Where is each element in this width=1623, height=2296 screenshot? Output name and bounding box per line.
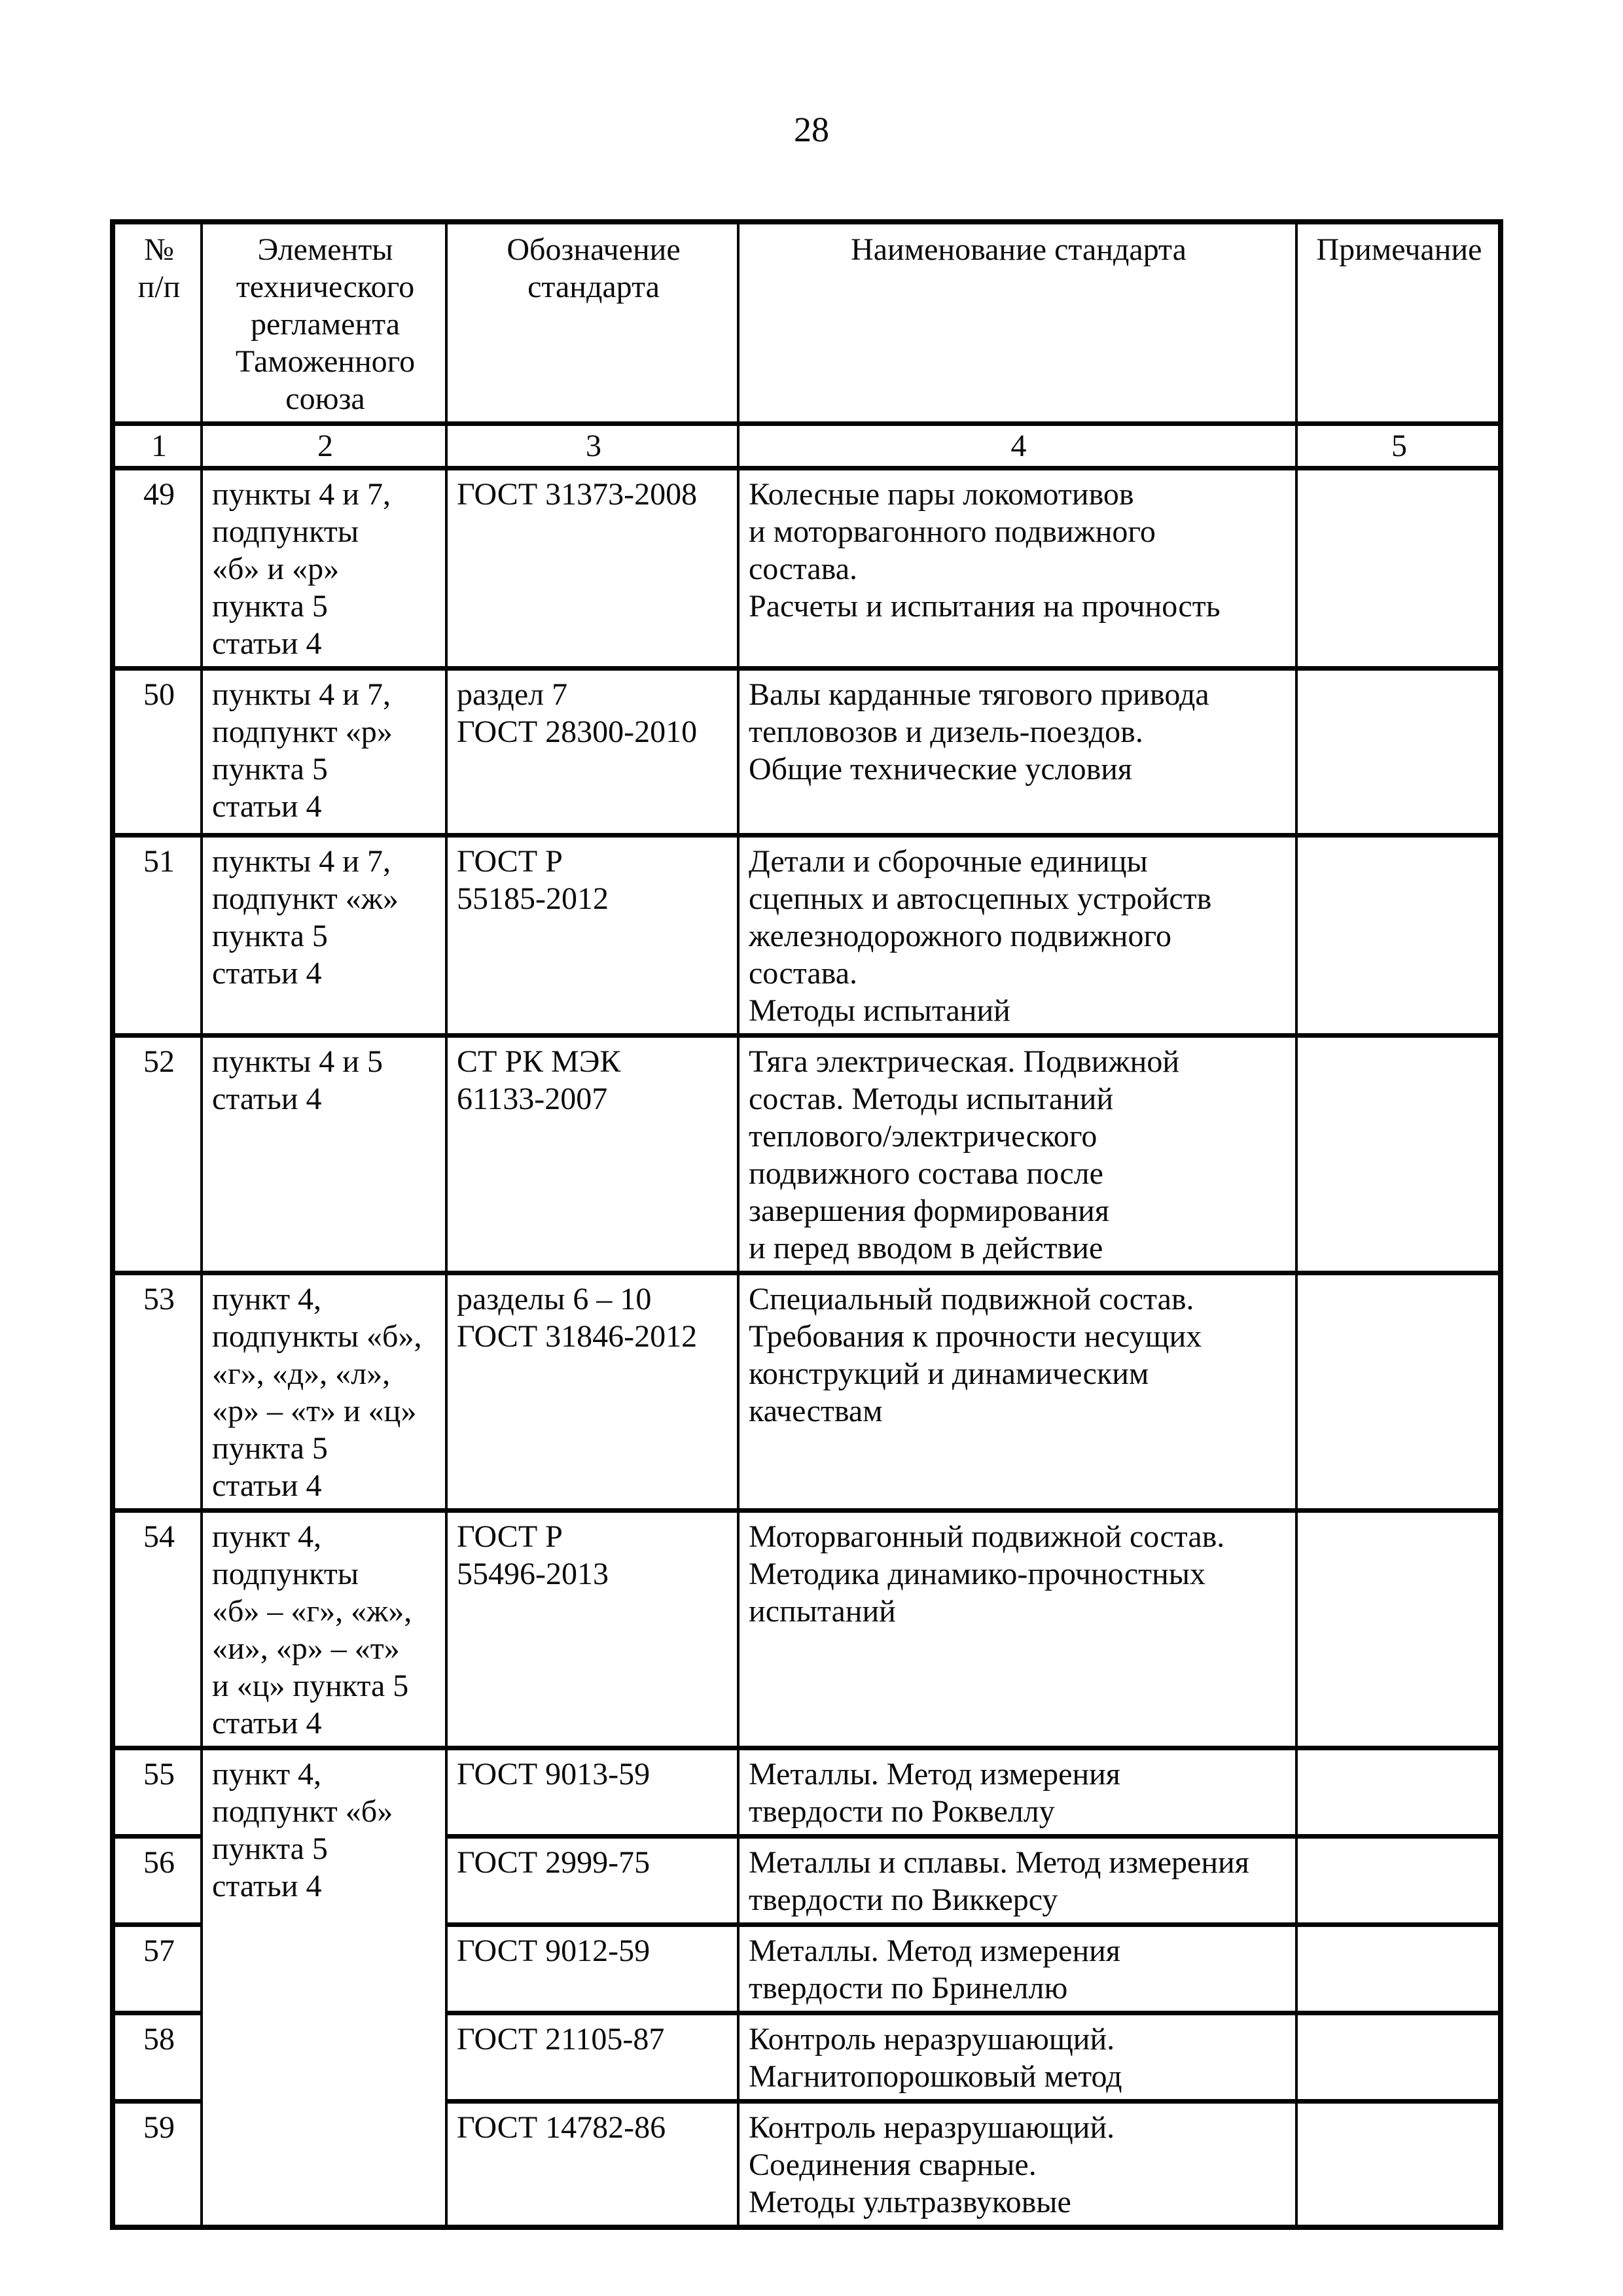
cell-designation: СТ РК МЭК 61133-2007 xyxy=(446,1036,738,1273)
cell-elements: пункты 4 и 7, подпункт «ж» пункта 5 стат… xyxy=(202,836,446,1036)
table-row: 53 пункт 4, подпункты «б», «г», «д», «л»… xyxy=(113,1273,1501,1511)
cell-designation: ГОСТ 31373-2008 xyxy=(446,468,738,669)
cell-designation: ГОСТ 21105-87 xyxy=(446,2013,738,2102)
cell-elements: пункт 4, подпункты «б» – «г», «ж», «и», … xyxy=(202,1511,446,1748)
table-header-row: № п/п Элементы технического регламента Т… xyxy=(113,222,1501,424)
cell-num: 50 xyxy=(113,669,202,836)
cell-name: Валы карданные тягового привода тепловоз… xyxy=(738,669,1296,836)
cell-note xyxy=(1296,1748,1501,1837)
cell-designation: ГОСТ 2999-75 xyxy=(446,1837,738,1925)
cell-name: Металлы и сплавы. Метод измерения твердо… xyxy=(738,1837,1296,1925)
table-row: 52 пункты 4 и 5 статьи 4 СТ РК МЭК 61133… xyxy=(113,1036,1501,1273)
cell-note xyxy=(1296,468,1501,669)
index-cell: 2 xyxy=(202,424,446,468)
table-row: 54 пункт 4, подпункты «б» – «г», «ж», «и… xyxy=(113,1511,1501,1748)
cell-designation: ГОСТ 14782-86 xyxy=(446,2102,738,2228)
cell-name: Металлы. Метод измерения твердости по Ро… xyxy=(738,1748,1296,1837)
cell-num: 52 xyxy=(113,1036,202,1273)
cell-num: 49 xyxy=(113,468,202,669)
cell-elements: пункты 4 и 5 статьи 4 xyxy=(202,1036,446,1273)
cell-note xyxy=(1296,2013,1501,2102)
cell-designation: раздел 7 ГОСТ 28300-2010 xyxy=(446,669,738,836)
cell-name: Тяга электрическая. Подвижной состав. Ме… xyxy=(738,1036,1296,1273)
cell-name: Металлы. Метод измерения твердости по Бр… xyxy=(738,1925,1296,2013)
header-col-name: Наименование стандарта xyxy=(738,222,1296,424)
cell-note xyxy=(1296,669,1501,836)
table-row: 49 пункты 4 и 7, подпункты «б» и «р» пун… xyxy=(113,468,1501,669)
cell-num: 54 xyxy=(113,1511,202,1748)
cell-name: Контроль неразрушающий. Соединения сварн… xyxy=(738,2102,1296,2228)
cell-note xyxy=(1296,836,1501,1036)
page-number: 28 xyxy=(0,110,1623,149)
table-row: 51 пункты 4 и 7, подпункт «ж» пункта 5 с… xyxy=(113,836,1501,1036)
column-index-row: 1 2 3 4 5 xyxy=(113,424,1501,468)
table-row: 50 пункты 4 и 7, подпункт «р» пункта 5 с… xyxy=(113,669,1501,836)
cell-num: 59 xyxy=(113,2102,202,2228)
cell-num: 55 xyxy=(113,1748,202,1837)
cell-num: 56 xyxy=(113,1837,202,1925)
table-row: 55 пункт 4, подпункт «б» пункта 5 статьи… xyxy=(113,1748,1501,1837)
cell-elements: пункт 4, подпункты «б», «г», «д», «л», «… xyxy=(202,1273,446,1511)
cell-num: 57 xyxy=(113,1925,202,2013)
header-col-elements: Элементы технического регламента Таможен… xyxy=(202,222,446,424)
cell-note xyxy=(1296,1511,1501,1748)
cell-note xyxy=(1296,1925,1501,2013)
cell-num: 58 xyxy=(113,2013,202,2102)
header-col-num: № п/п xyxy=(113,222,202,424)
index-cell: 3 xyxy=(446,424,738,468)
cell-note xyxy=(1296,1036,1501,1273)
cell-num: 51 xyxy=(113,836,202,1036)
cell-elements-merged: пункт 4, подпункт «б» пункта 5 статьи 4 xyxy=(202,1748,446,2228)
cell-designation: разделы 6 – 10 ГОСТ 31846-2012 xyxy=(446,1273,738,1511)
cell-elements: пункты 4 и 7, подпункты «б» и «р» пункта… xyxy=(202,468,446,669)
cell-note xyxy=(1296,1273,1501,1511)
cell-elements: пункты 4 и 7, подпункт «р» пункта 5 стат… xyxy=(202,669,446,836)
cell-name: Контроль неразрушающий. Магнитопорошковы… xyxy=(738,2013,1296,2102)
cell-num: 53 xyxy=(113,1273,202,1511)
cell-designation: ГОСТ 9012-59 xyxy=(446,1925,738,2013)
header-col-note: Примечание xyxy=(1296,222,1501,424)
index-cell: 1 xyxy=(113,424,202,468)
cell-designation: ГОСТ 9013-59 xyxy=(446,1748,738,1837)
cell-designation: ГОСТ Р 55185-2012 xyxy=(446,836,738,1036)
cell-note xyxy=(1296,2102,1501,2228)
cell-name: Детали и сборочные единицы сцепных и авт… xyxy=(738,836,1296,1036)
cell-note xyxy=(1296,1837,1501,1925)
header-col-designation: Обозначение стандарта xyxy=(446,222,738,424)
cell-name: Специальный подвижной состав. Требования… xyxy=(738,1273,1296,1511)
cell-designation: ГОСТ Р 55496-2013 xyxy=(446,1511,738,1748)
index-cell: 5 xyxy=(1296,424,1501,468)
document-page: 28 № п/п Элементы технического регламент… xyxy=(0,0,1623,2296)
cell-name: Колесные пары локомотивов и моторвагонно… xyxy=(738,468,1296,669)
index-cell: 4 xyxy=(738,424,1296,468)
cell-name: Моторвагонный подвижной состав. Методика… xyxy=(738,1511,1296,1748)
standards-table: № п/п Элементы технического регламента Т… xyxy=(110,219,1503,2230)
